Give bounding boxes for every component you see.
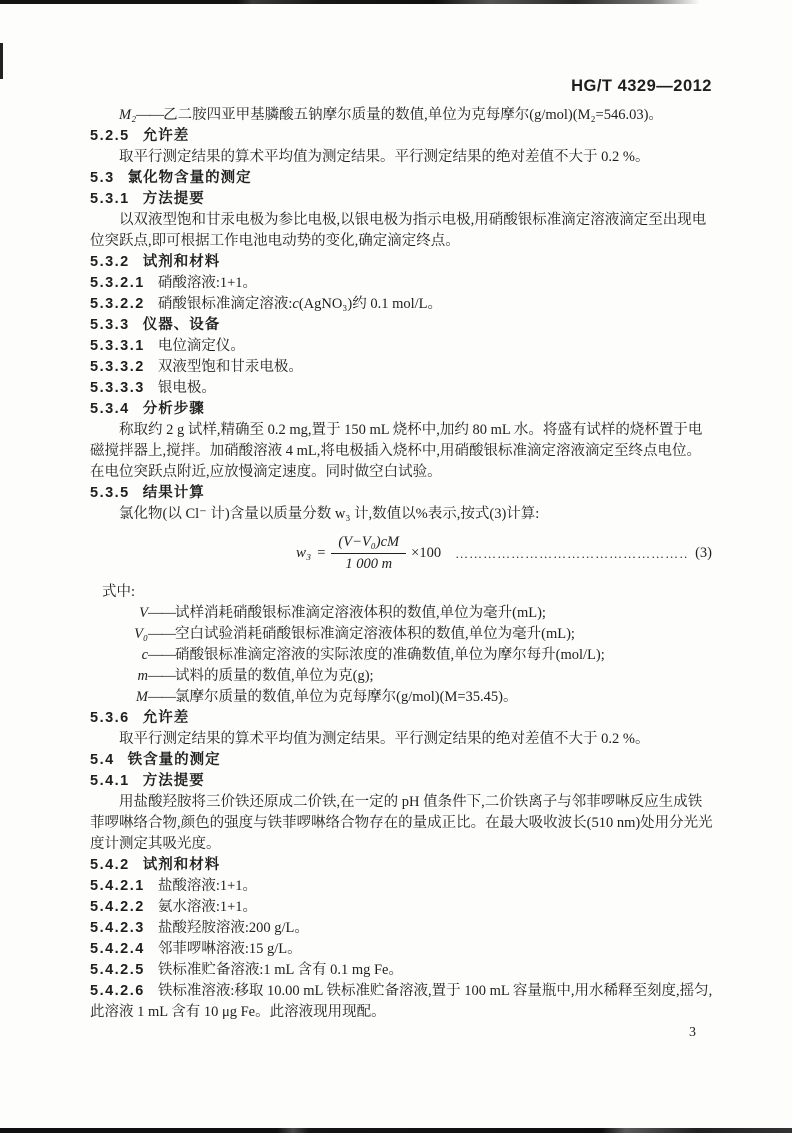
paragraph-5-3-4: 称取约 2 g 试样,精确至 0.2 mg,置于 150 mL 烧杯中,加约 8…: [90, 420, 714, 483]
clause-number: 5.4.2.4: [90, 941, 145, 957]
variable-row-V: V——试样消耗硝酸银标准滴定溶液体积的数值,单位为毫升(mL);: [90, 603, 714, 624]
clause-item-text: 氨水溶液:1+1。: [158, 899, 257, 915]
clause-heading-5-3: 5.3氯化物含量的测定: [90, 168, 714, 189]
clause-heading-5-3-5: 5.3.5结果计算: [90, 483, 714, 504]
clause-number: 5.3: [90, 170, 115, 186]
clause-number: 5.3.3: [90, 317, 130, 333]
clause-item-text: 电位滴定仪。: [158, 338, 245, 354]
clause-item-5-3-2-2: 5.3.2.2硝酸银标准滴定溶液:c(AgNO₃)约 0.1 mol/L。: [90, 294, 714, 315]
variable-symbol: V: [100, 603, 148, 624]
clause-number: 5.2.5: [90, 128, 130, 144]
clause-item-5-4-2-4: 5.4.2.4邻菲啰啉溶液:15 g/L。: [90, 939, 714, 960]
clause-heading-5-4-1: 5.4.1方法提要: [90, 771, 714, 792]
clause-item-text: 盐酸溶液:1+1。: [158, 878, 257, 894]
clause-item-5-4-2-3: 5.4.2.3盐酸羟胺溶液:200 g/L。: [90, 918, 714, 939]
clause-item-text: 铁标准溶液:移取 10.00 mL 铁标准贮备溶液,置于 100 mL 容量瓶中…: [90, 983, 712, 1020]
clause-number: 5.3.5: [90, 485, 130, 501]
paragraph-5-3-6: 取平行测定结果的算术平均值为测定结果。平行测定结果的绝对差值不大于 0.2 %。: [90, 729, 714, 750]
variable-symbol: V₀: [100, 624, 148, 645]
clause-item-5-4-2-5: 5.4.2.5铁标准贮备溶液:1 mL 含有 0.1 mg Fe。: [90, 960, 714, 981]
clause-title: 分析步骤: [143, 401, 205, 417]
clause-item-text: 双液型饱和甘汞电极。: [158, 359, 303, 375]
formula-number-label: (3): [695, 543, 714, 564]
clause-item-text: 铁标准贮备溶液:1 mL 含有 0.1 mg Fe。: [158, 962, 403, 978]
variable-dash: ——: [148, 689, 175, 705]
clause-title: 方法提要: [143, 773, 205, 789]
clause-item-5-3-3-2: 5.3.3.2双液型饱和甘汞电极。: [90, 357, 714, 378]
variable-dash: ——: [148, 605, 175, 621]
clause-item-text: 银电极。: [158, 380, 216, 396]
clause-heading-5-4-2: 5.4.2试剂和材料: [90, 855, 714, 876]
variable-dash: ——: [148, 626, 175, 642]
clause-heading-5-3-1: 5.3.1方法提要: [90, 189, 714, 210]
formula-equals: =: [317, 543, 325, 564]
formula-lhs: w₃: [296, 543, 311, 564]
clause-heading-5-3-3: 5.3.3仪器、设备: [90, 315, 714, 336]
clause-number: 5.4.2.5: [90, 962, 145, 978]
clause-item-text-post: (AgNO₃)约 0.1 mol/L。: [299, 296, 442, 312]
formula-where-label: 式中:: [90, 582, 714, 603]
clause-title: 仪器、设备: [143, 317, 221, 333]
m2-definition: M₂——乙二胺四亚甲基膦酸五钠摩尔质量的数值,单位为克每摩尔(g/mol)(M₂…: [90, 105, 714, 126]
variable-symbol: m: [100, 666, 148, 687]
formula-dot-leader: …………………………………………………………: [455, 543, 689, 564]
formula-3: w₃ = (V−V₀)cM 1 000 m ×100 ……………………………………: [90, 530, 714, 577]
scan-artifact-bottom-edge: [0, 1128, 792, 1133]
clause-number: 5.3.3.1: [90, 338, 145, 354]
m2-dash: ——: [136, 107, 163, 123]
clause-heading-5-4: 5.4铁含量的测定: [90, 750, 714, 771]
clause-number: 5.3.6: [90, 710, 130, 726]
clause-item-5-3-3-1: 5.3.3.1电位滴定仪。: [90, 336, 714, 357]
clause-title: 氯化物含量的测定: [128, 170, 252, 186]
clause-item-5-4-2-2: 5.4.2.2氨水溶液:1+1。: [90, 897, 714, 918]
clause-number: 5.4: [90, 752, 115, 768]
clause-number: 5.4.2: [90, 857, 130, 873]
variable-desc: 试样消耗硝酸银标准滴定溶液体积的数值,单位为毫升(mL);: [175, 605, 546, 621]
clause-heading-5-3-2: 5.3.2试剂和材料: [90, 252, 714, 273]
formula-numerator: (V−V₀)cM: [331, 533, 406, 554]
clause-number: 5.4.2.1: [90, 878, 145, 894]
clause-title: 允许差: [143, 710, 190, 726]
scan-artifact-top-edge: [0, 0, 700, 4]
clause-item-text-pre: 硝酸银标准滴定溶液:: [158, 296, 293, 312]
clause-number: 5.3.3.3: [90, 380, 145, 396]
variable-row-M: M——氯摩尔质量的数值,单位为克每摩尔(g/mol)(M=35.45)。: [90, 687, 714, 708]
clause-number: 5.4.2.3: [90, 920, 145, 936]
variable-row-m: m——试料的质量的数值,单位为克(g);: [90, 666, 714, 687]
clause-item-5-4-2-1: 5.4.2.1盐酸溶液:1+1。: [90, 876, 714, 897]
variable-desc: 试料的质量的数值,单位为克(g);: [175, 668, 374, 684]
variable-desc: 氯摩尔质量的数值,单位为克每摩尔(g/mol)(M=35.45)。: [175, 689, 517, 705]
clause-item-text: 邻菲啰啉溶液:15 g/L。: [158, 941, 302, 957]
page-content: HG/T 4329—2012 M₂——乙二胺四亚甲基膦酸五钠摩尔质量的数值,单位…: [90, 76, 714, 1023]
clause-number: 5.4.2.6: [90, 983, 145, 999]
clause-item-text: 硝酸溶液:1+1。: [158, 275, 257, 291]
clause-item-text: 盐酸羟胺溶液:200 g/L。: [158, 920, 309, 936]
variable-symbol: M: [100, 687, 148, 708]
paragraph-5-4-1: 用盐酸羟胺将三价铁还原成二价铁,在一定的 pH 值条件下,二价铁离子与邻菲啰啉反…: [90, 792, 714, 855]
clause-number: 5.3.1: [90, 191, 130, 207]
variable-desc: 硝酸银标准滴定溶液的实际浓度的准确数值,单位为摩尔每升(mol/L);: [175, 647, 605, 663]
clause-number: 5.3.4: [90, 401, 130, 417]
clause-number: 5.4.1: [90, 773, 130, 789]
clause-number: 5.4.2.2: [90, 899, 145, 915]
formula-fraction: (V−V₀)cM 1 000 m: [331, 533, 406, 574]
scan-artifact-left-edge: [0, 43, 3, 79]
variable-dash: ——: [148, 668, 175, 684]
clause-title: 试剂和材料: [143, 857, 221, 873]
clause-number: 5.3.2.2: [90, 296, 145, 312]
variable-dash: ——: [148, 647, 175, 663]
paragraph-5-2-5: 取平行测定结果的算术平均值为测定结果。平行测定结果的绝对差值不大于 0.2 %。: [90, 147, 714, 168]
variable-symbol: c: [100, 645, 148, 666]
clause-heading-5-2-5: 5.2.5允许差: [90, 126, 714, 147]
paragraph-5-3-1: 以双液型饱和甘汞电极为参比电极,以银电极为指示电极,用硝酸银标准滴定溶液滴定至出…: [90, 210, 714, 252]
clause-title: 方法提要: [143, 191, 205, 207]
variable-row-V0: V₀——空白试验消耗硝酸银标准滴定溶液体积的数值,单位为毫升(mL);: [90, 624, 714, 645]
variable-row-c: c——硝酸银标准滴定溶液的实际浓度的准确数值,单位为摩尔每升(mol/L);: [90, 645, 714, 666]
clause-number: 5.3.3.2: [90, 359, 145, 375]
clause-heading-5-3-6: 5.3.6允许差: [90, 708, 714, 729]
document-code-header: HG/T 4329—2012: [90, 76, 714, 96]
clause-title: 结果计算: [143, 485, 205, 501]
clause-title: 试剂和材料: [143, 254, 221, 270]
clause-number: 5.3.2.1: [90, 275, 145, 291]
variable-desc: 空白试验消耗硝酸银标准滴定溶液体积的数值,单位为毫升(mL);: [175, 626, 575, 642]
clause-item-5-4-2-6: 5.4.2.6铁标准溶液:移取 10.00 mL 铁标准贮备溶液,置于 100 …: [90, 981, 714, 1023]
clause-title: 允许差: [143, 128, 190, 144]
page-number: 3: [689, 1022, 696, 1043]
clause-number: 5.3.2: [90, 254, 130, 270]
formula-denominator: 1 000 m: [331, 554, 406, 574]
m2-desc: 乙二胺四亚甲基膦酸五钠摩尔质量的数值,单位为克每摩尔(g/mol)(M₂=546…: [163, 107, 663, 123]
scanned-standard-page: HG/T 4329—2012 M₂——乙二胺四亚甲基膦酸五钠摩尔质量的数值,单位…: [0, 0, 792, 1133]
clause-item-5-3-2-1: 5.3.2.1硝酸溶液:1+1。: [90, 273, 714, 294]
clause-item-5-3-3-3: 5.3.3.3银电极。: [90, 378, 714, 399]
m2-symbol: M₂: [119, 107, 136, 123]
paragraph-5-3-5: 氯化物(以 Cl⁻ 计)含量以质量分数 w₃ 计,数值以%表示,按式(3)计算:: [90, 504, 714, 525]
clause-heading-5-3-4: 5.3.4分析步骤: [90, 399, 714, 420]
formula-multiplier: ×100: [411, 543, 441, 564]
clause-title: 铁含量的测定: [128, 752, 221, 768]
